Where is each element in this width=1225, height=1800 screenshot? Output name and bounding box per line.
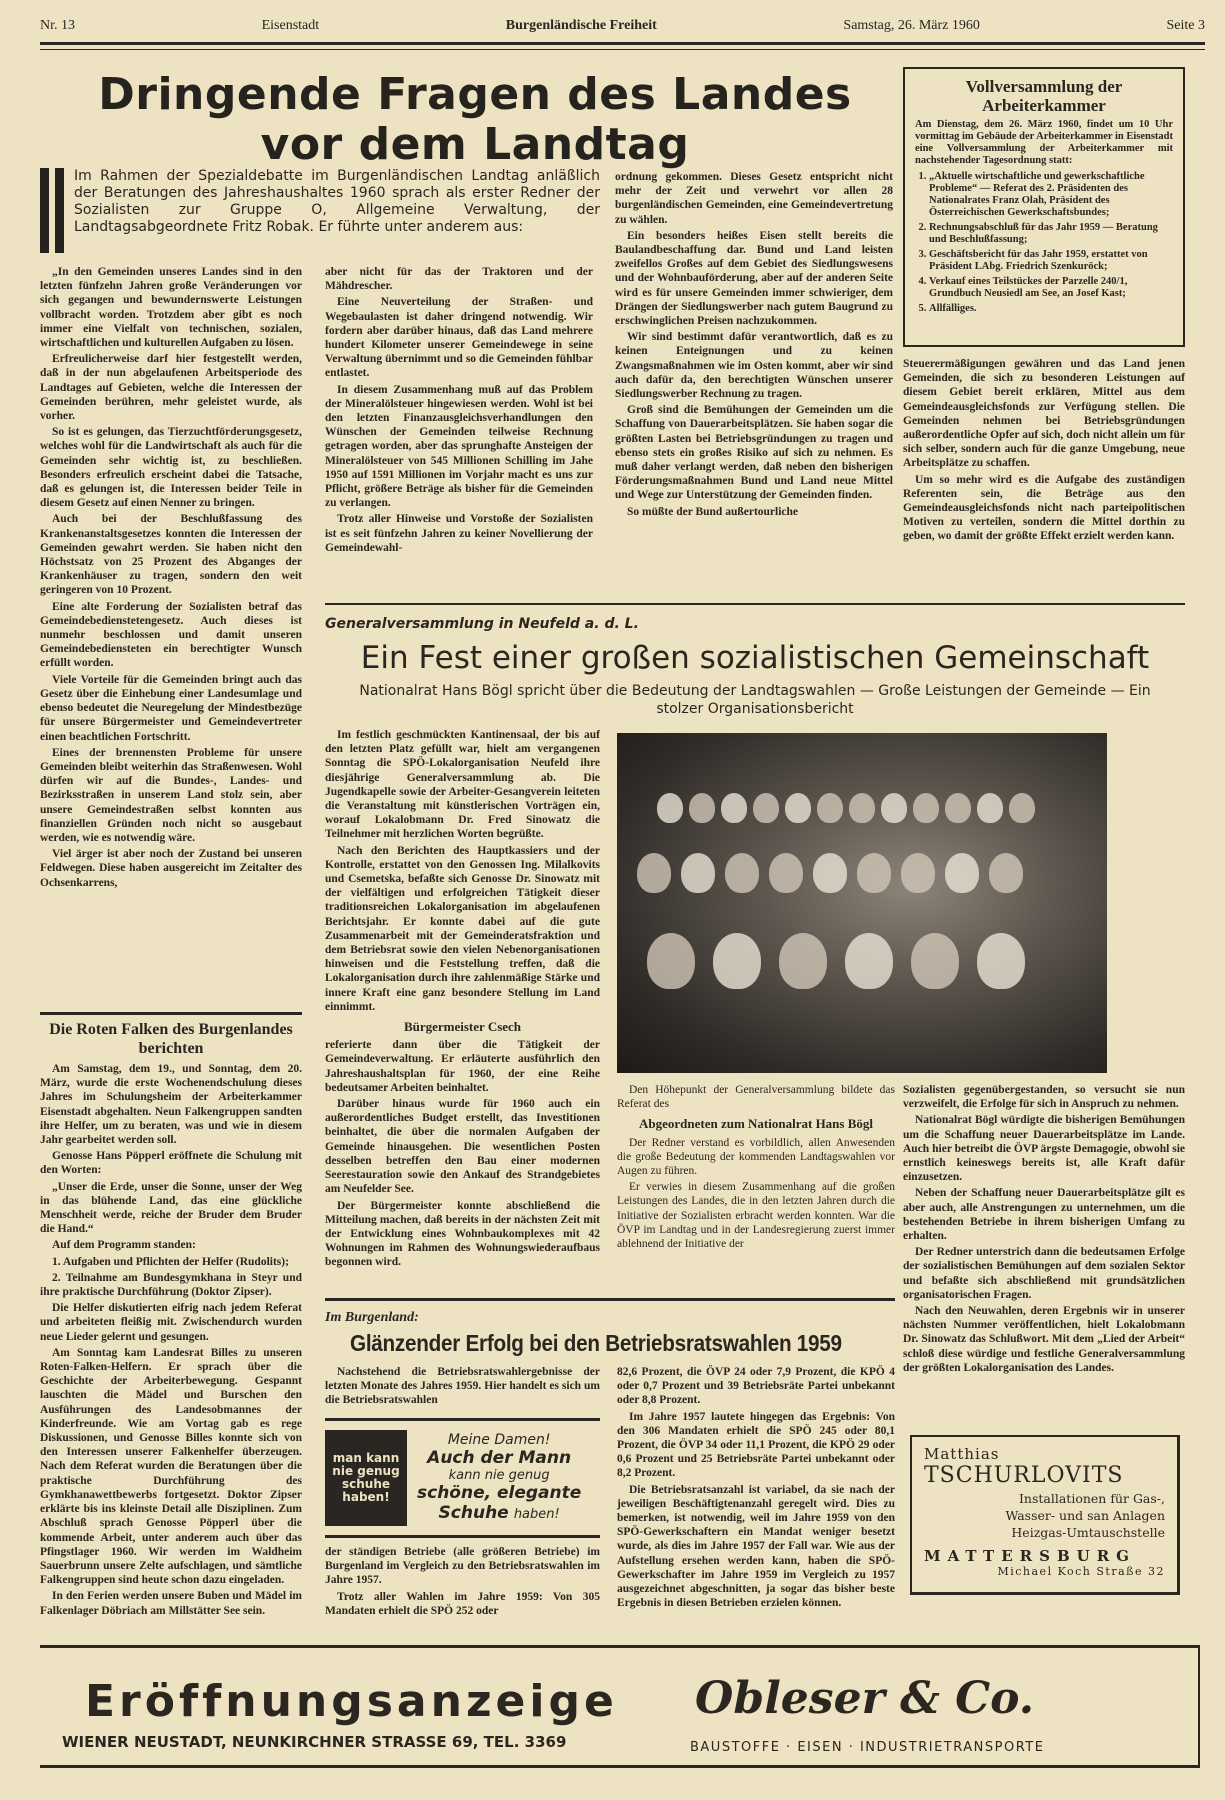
paragraph: Nachstehend die Betriebsratswahlergebnis… [325, 1365, 600, 1408]
article-headline: Dringende Fragen des Landes vor dem Land… [65, 70, 885, 170]
paragraph: Viele Vorteile für die Gemeinden bringt … [40, 673, 302, 744]
fest-column-1: Im festlich geschmückten Kantinensaal, d… [325, 728, 600, 1272]
paragraph: Wir sind bestimmt dafür verantwortlich, … [615, 330, 893, 401]
city: Eisenstadt [262, 18, 320, 40]
notice-title: Vollversammlung der Arbeiterkammer [915, 77, 1173, 115]
ad-divider [325, 1418, 600, 1421]
opening-announcement-title: Eröffnungsanzeige [85, 1676, 618, 1727]
issue-number: Nr. 13 [40, 18, 75, 40]
shoe-ad-line: schöne, elegante [417, 1483, 581, 1503]
ad-street: Michael Koch Straße 32 [924, 1565, 1165, 1578]
paragraph: Auch bei der Beschlußfassung des Kranken… [40, 512, 302, 597]
article-lead: Im Rahmen der Spezialdebatte im Burgenlä… [40, 168, 600, 253]
section-divider [40, 1012, 302, 1015]
paragraph: Auf dem Programm standen: [40, 1238, 302, 1252]
paragraph: Darüber hinaus wurde für 1960 auch ein a… [325, 1097, 600, 1196]
paragraph: Die Betriebsratsanzahl ist variabel, da … [617, 1483, 895, 1611]
agenda-item: „Aktuelle wirtschaftliche und gewerkscha… [929, 171, 1173, 219]
paragraph: Neben der Schaffung neuer Dauerarbeitspl… [903, 1186, 1185, 1243]
ad-divider [325, 1535, 600, 1538]
article-column-2: aber nicht für das der Traktoren und der… [325, 265, 593, 557]
paragraph: 1. Aufgaben und Pflichten der Helfer (Ru… [40, 1255, 302, 1269]
headline-line-2: vor dem Landtag [65, 120, 885, 170]
paragraph: Er verwies in diesem Zusammenhang auf di… [617, 1180, 895, 1251]
paragraph: Eine alte Forderung der Sozialisten betr… [40, 600, 302, 671]
paragraph: Trotz aller Wahlen im Jahre 1959: Von 30… [325, 1590, 600, 1618]
paragraph: Der Bürgermeister konnte abschließend di… [325, 1199, 600, 1270]
article-column-4: Steuerermäßigungen gewähren und das Land… [903, 357, 1185, 546]
betriebsrat-column-1: Nachstehend die Betriebsratswahlergebnis… [325, 1365, 600, 1410]
tschurlovits-advertisement: Matthias TSCHURLOVITS Installationen für… [910, 1435, 1180, 1595]
ad-tagline: BAUSTOFFE · EISEN · INDUSTRIETRANSPORTE [690, 1740, 1044, 1755]
paragraph: Der Redner unterstrich dann die bedeutsa… [903, 1245, 1185, 1302]
agenda-item: Allfälliges. [929, 303, 1173, 315]
paragraph: referierte dann über die Tätigkeit der G… [325, 1038, 600, 1095]
paragraph: Erfreulicherweise darf hier festgestellt… [40, 352, 302, 423]
paragraph: Nach den Berichten des Hauptkassiers und… [325, 844, 600, 1014]
paragraph: „Unser die Erde, unser die Sonne, unser … [40, 1180, 302, 1237]
paragraph: der ständigen Betriebe (alle größeren Be… [325, 1545, 600, 1588]
paragraph: Im Jahre 1957 lautete hingegen das Ergeb… [617, 1410, 895, 1481]
paragraph: Um so mehr wird es die Aufgabe des zustä… [903, 473, 1185, 544]
paragraph: Eines der brennensten Probleme für unser… [40, 746, 302, 845]
paragraph: 82,6 Prozent, die ÖVP 24 oder 7,9 Prozen… [617, 1365, 895, 1408]
page-number: Seite 3 [1167, 18, 1206, 40]
article-column-1: „In den Gemeinden unseres Landes sind in… [40, 265, 302, 892]
shoe-advertisement: man kann nie genug schuhe haben! Meine D… [325, 1425, 600, 1530]
paragraph: 2. Teilnahme am Bundesgymkhana in Steyr … [40, 1271, 302, 1299]
ad-address: WIENER NEUSTADT, NEUNKIRCHNER STRASSE 69… [62, 1733, 566, 1751]
paragraph: aber nicht für das der Traktoren und der… [325, 265, 593, 293]
ad-company-name: TSCHURLOVITS [924, 1463, 1165, 1488]
falken-headline: Die Roten Falken des Burgenlandes berich… [40, 1020, 302, 1058]
ad-first-name: Matthias [924, 1445, 1165, 1463]
paragraph: In diesem Zusammenhang muß auf das Probl… [325, 383, 593, 511]
obleser-advertisement: Eröffnungsanzeige WIENER NEUSTADT, NEUNK… [40, 1645, 1200, 1768]
subtitle: Abgeordneten zum Nationalrat Hans Bögl [617, 1117, 895, 1131]
paragraph: Ein besonders heißes Eisen stellt bereit… [615, 229, 893, 328]
newspaper-page: Nr. 13 Eisenstadt Burgenländische Freihe… [0, 0, 1225, 1800]
section-divider [325, 603, 1185, 605]
ad-line: Heizgas-Umtauschstelle [924, 1524, 1165, 1541]
agenda-item: Geschäftsbericht für das Jahr 1959, erst… [929, 249, 1173, 273]
notice-box: Vollversammlung der Arbeiterkammer Am Di… [903, 67, 1185, 347]
subtitle: Bürgermeister Csech [325, 1020, 600, 1034]
shoe-ad-line: Schuhe [439, 1503, 509, 1523]
assembly-photo [617, 733, 1107, 1073]
paragraph: Trotz aller Hinweise und Vorstoße der So… [325, 512, 593, 555]
notice-intro: Am Dienstag, dem 26. März 1960, findet u… [915, 119, 1173, 167]
fest-subhead: Nationalrat Hans Bögl spricht über die B… [335, 682, 1175, 718]
ad-company-logo: Obleser & Co. [695, 1673, 1034, 1724]
paragraph: In den Ferien werden unsere Buben und Mä… [40, 1589, 302, 1617]
betriebsrat-kicker: Im Burgenland: [325, 1310, 419, 1326]
issue-date: Samstag, 26. März 1960 [843, 18, 979, 40]
fest-headline: Ein Fest einer großen sozialistischen Ge… [325, 640, 1185, 676]
initial-bars-ornament [40, 168, 64, 253]
paragraph: Den Höhepunkt der Generalversammlung bil… [617, 1083, 895, 1111]
newspaper-name: Burgenländische Freiheit [506, 18, 657, 40]
shoe-ad-line: kann nie genug [417, 1468, 581, 1483]
ad-line: Installationen für Gas-, [924, 1490, 1165, 1507]
article-column-3: ordnung gekommen. Dieses Gesetz entspric… [615, 170, 893, 521]
section-divider [325, 1298, 895, 1301]
betriebsrat-column-2: 82,6 Prozent, die ÖVP 24 oder 7,9 Prozen… [617, 1365, 895, 1612]
agenda-item: Rechnungsabschluß für das Jahr 1959 — Be… [929, 222, 1173, 246]
betriebsrat-column-1b: der ständigen Betriebe (alle größeren Be… [325, 1545, 600, 1620]
falken-column: Am Samstag, dem 19., und Sonntag, dem 20… [40, 1062, 302, 1620]
paragraph: So müßte der Bund außertourliche [615, 505, 893, 519]
ad-town: MATTERSBURG [924, 1547, 1165, 1565]
paragraph: Am Sonntag kam Landesrat Billes zu unser… [40, 1346, 302, 1587]
page-header: Nr. 13 Eisenstadt Burgenländische Freihe… [40, 18, 1205, 40]
paragraph: „In den Gemeinden unseres Landes sind in… [40, 265, 302, 350]
fest-column-3: Sozialisten gegenübergestanden, so versu… [903, 1083, 1185, 1377]
paragraph: Genosse Hans Pöpperl eröffnete die Schul… [40, 1149, 302, 1177]
lead-text: Im Rahmen der Spezialdebatte im Burgenlä… [74, 168, 600, 253]
fest-kicker: Generalversammlung in Neufeld a. d. L. [325, 616, 639, 632]
shoe-ad-block: man kann nie genug schuhe haben! [325, 1430, 407, 1526]
paragraph: Steuerermäßigungen gewähren und das Land… [903, 357, 1185, 471]
ad-line: Wasser- und san Anlagen [924, 1507, 1165, 1524]
paragraph: Viel ärger ist aber noch der Zustand bei… [40, 847, 302, 890]
paragraph: So ist es gelungen, das Tierzuchtförderu… [40, 425, 302, 510]
paragraph: Am Samstag, dem 19., und Sonntag, dem 20… [40, 1062, 302, 1147]
paragraph: Nationalrat Bögl würdigte die bisherigen… [903, 1113, 1185, 1184]
paragraph: Der Redner verstand es vorbildlich, alle… [617, 1136, 895, 1179]
paragraph: Groß sind die Bemühungen der Gemeinden u… [615, 403, 893, 502]
shoe-ad-line: Auch der Mann [417, 1448, 581, 1468]
headline-line-1: Dringende Fragen des Landes [65, 70, 885, 120]
header-rule [40, 42, 1205, 50]
paragraph: ordnung gekommen. Dieses Gesetz entspric… [615, 170, 893, 227]
shoe-ad-line: haben! [514, 1507, 560, 1522]
shoe-ad-line: Meine Damen! [417, 1432, 581, 1448]
paragraph: Im festlich geschmückten Kantinensaal, d… [325, 728, 600, 842]
betriebsrat-headline: Glänzender Erfolg bei den Betriebsratswa… [350, 1330, 842, 1357]
fest-column-2: Den Höhepunkt der Generalversammlung bil… [617, 1083, 895, 1253]
paragraph: Eine Neuverteilung der Straßen- und Wege… [325, 295, 593, 380]
agenda-item: Verkauf eines Teilstückes der Parzelle 2… [929, 276, 1173, 300]
paragraph: Nach den Neuwahlen, deren Ergebnis wir i… [903, 1304, 1185, 1375]
agenda-list: „Aktuelle wirtschaftliche und gewerkscha… [915, 171, 1173, 315]
paragraph: Die Helfer diskutierten eifrig nach jede… [40, 1301, 302, 1344]
paragraph: Sozialisten gegenübergestanden, so versu… [903, 1083, 1185, 1111]
